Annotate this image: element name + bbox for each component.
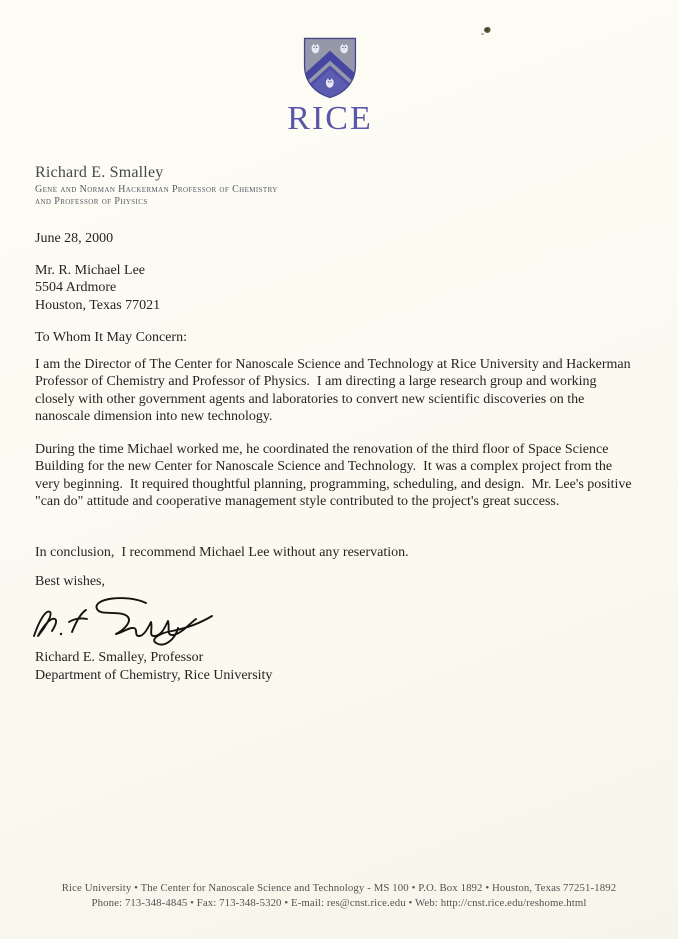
closing-line: Best wishes, [35, 573, 105, 590]
recipient-street: 5504 Ardmore [35, 279, 160, 296]
recipient-city: Houston, Texas 77021 [35, 297, 160, 314]
letterhead-title-line2: and Professor of Physics [35, 196, 148, 207]
recipient-name: Mr. R. Michael Lee [35, 262, 160, 279]
body-paragraph-1: I am the Director of The Center for Nano… [35, 356, 639, 425]
signer-block: Richard E. Smalley, Professor Department… [35, 649, 272, 685]
date-line: June 28, 2000 [35, 230, 113, 247]
rice-shield-icon [297, 36, 363, 105]
footer-line-1: Rice University • The Center for Nanosca… [0, 881, 678, 896]
scanned-letter-page: RICE Richard E. Smalley Gene and Norman … [0, 0, 678, 939]
signer-dept: Department of Chemistry, Rice University [35, 667, 272, 685]
letterhead-name: Richard E. Smalley [35, 164, 163, 182]
ink-speck [484, 27, 491, 33]
signer-name: Richard E. Smalley, Professor [35, 649, 272, 667]
rice-logo: RICE [0, 36, 660, 136]
recipient-address-block: Mr. R. Michael Lee 5504 Ardmore Houston,… [35, 262, 160, 314]
footer: Rice University • The Center for Nanosca… [0, 881, 678, 911]
rice-wordmark: RICE [287, 102, 372, 136]
letterhead-title-line1: Gene and Norman Hackerman Professor of C… [35, 184, 278, 195]
body-paragraph-2: During the time Michael worked me, he co… [35, 441, 639, 510]
signature-icon [26, 592, 236, 655]
salutation: To Whom It May Concern: [35, 329, 187, 346]
footer-line-2: Phone: 713-348-4845 • Fax: 713-348-5320 … [0, 896, 678, 911]
body-paragraph-3: In conclusion, I recommend Michael Lee w… [35, 544, 655, 561]
